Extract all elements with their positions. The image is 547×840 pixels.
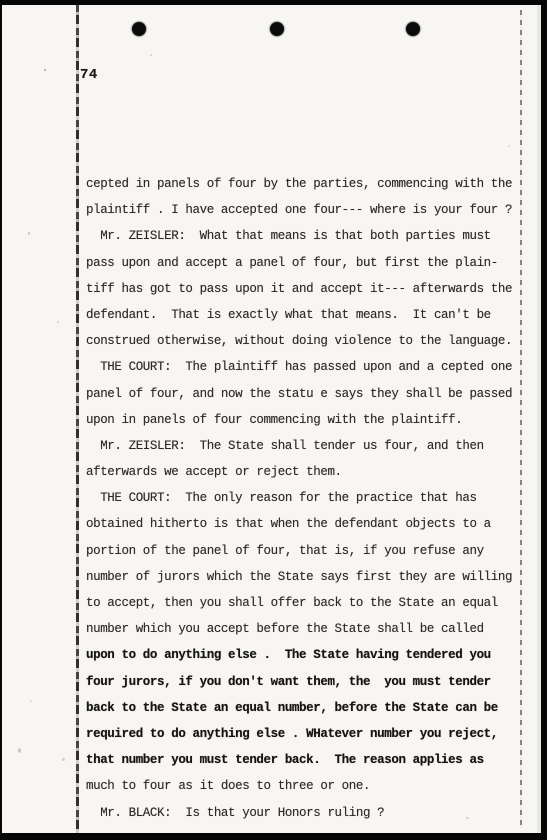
scanned-transcript-page: 74 cepted in panels of four by the parti…: [0, 0, 547, 840]
page-number: 74: [80, 67, 98, 83]
scan-speck: [62, 758, 65, 761]
scan-speck: [508, 145, 510, 147]
transcript-line: obtained hitherto is that when the defen…: [86, 511, 526, 537]
transcript-line: THE COURT: The only reason for the pract…: [86, 485, 526, 511]
scan-speck: [57, 321, 59, 323]
transcript-line: pass upon and accept a panel of four, bu…: [86, 250, 526, 276]
transcript-line: four jurors, if you don't want them, the…: [86, 669, 526, 695]
scan-speck: [150, 54, 152, 56]
scan-frame-left: [0, 0, 2, 840]
punch-hole-icon: [132, 22, 146, 36]
transcript-line: number of jurors which the State says fi…: [86, 564, 526, 590]
transcript-line: much to four as it does to three or one.: [86, 773, 526, 799]
transcript-line: that number you must tender back. The re…: [86, 747, 526, 773]
scan-speck: [28, 232, 30, 235]
transcript-line: tiff has got to pass upon it and accept …: [86, 276, 526, 302]
scan-frame-right: [541, 0, 547, 840]
transcript-line: Mr. BLACK: Is that your Honors ruling ?: [86, 800, 526, 826]
transcript-line: panel of four, and now the statu e says …: [86, 381, 526, 407]
transcript-line: upon to do anything else . The State hav…: [86, 642, 526, 668]
scan-frame-bottom: [0, 833, 547, 840]
transcript-line: number which you accept before the State…: [86, 616, 526, 642]
punch-hole-icon: [270, 22, 284, 36]
transcript-line: defendant. That is exactly what that mea…: [86, 302, 526, 328]
binding-edge-line: [76, 5, 79, 833]
transcript-line: afterwards we accept or reject them.: [86, 459, 526, 485]
transcript-line: Mr. ZEISLER: The State shall tender us f…: [86, 433, 526, 459]
transcript-line: Mr. ZEISLER: What that means is that bot…: [86, 223, 526, 249]
transcript-line: required to do anything else . WHatever …: [86, 721, 526, 747]
transcript-line: plaintiff . I have accepted one four--- …: [86, 197, 526, 223]
scan-speck: [18, 748, 21, 753]
transcript-text: cepted in panels of four by the parties,…: [86, 171, 526, 826]
scan-speck: [44, 69, 46, 71]
transcript-line: construed otherwise, without doing viole…: [86, 328, 526, 354]
transcript-line: THE COURT: The plaintiff has passed upon…: [86, 354, 526, 380]
scan-speck: [30, 700, 32, 702]
transcript-line: upon in panels of four commencing with t…: [86, 407, 526, 433]
transcript-line: cepted in panels of four by the parties,…: [86, 171, 526, 197]
transcript-line: portion of the panel of four, that is, i…: [86, 538, 526, 564]
punch-hole-icon: [406, 22, 420, 36]
transcript-line: back to the State an equal number, befor…: [86, 695, 526, 721]
transcript-line: to accept, then you shall offer back to …: [86, 590, 526, 616]
scan-frame-top: [0, 0, 547, 5]
scan-speck: [466, 817, 469, 819]
